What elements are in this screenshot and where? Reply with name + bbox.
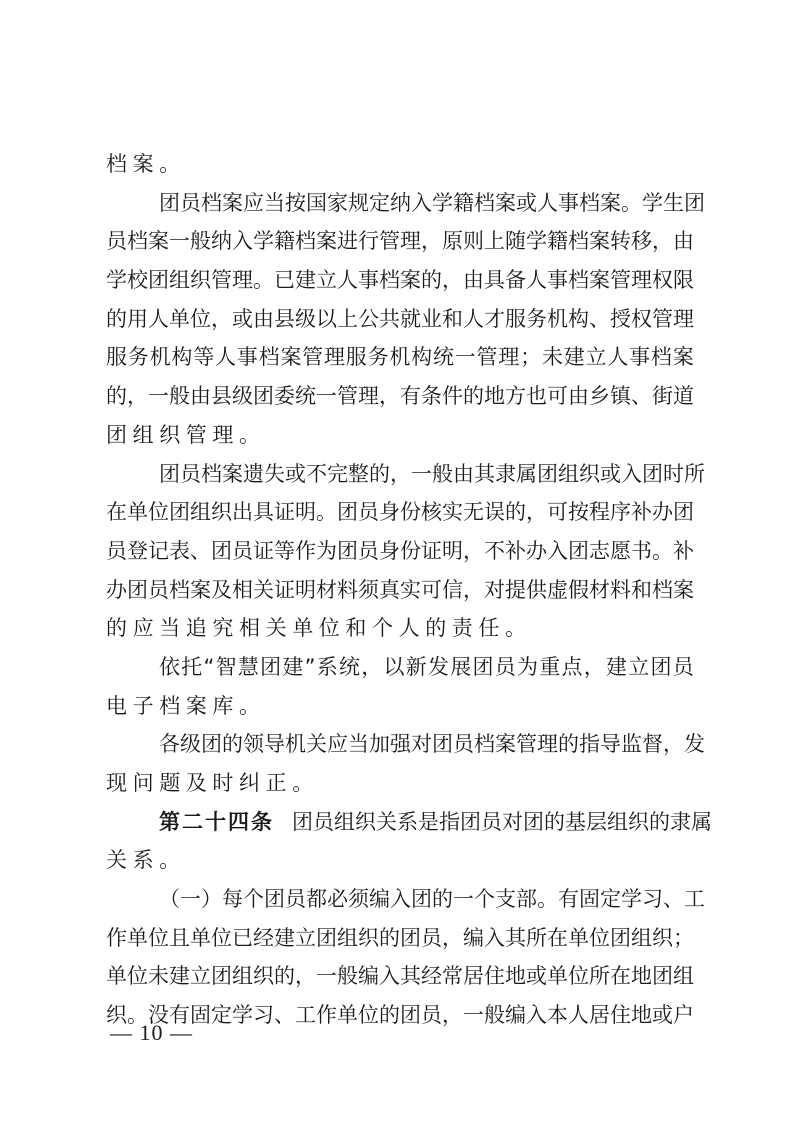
char: 员 bbox=[180, 184, 201, 223]
char: 入 bbox=[526, 996, 547, 1035]
char: 的 bbox=[505, 493, 526, 532]
char: 按 bbox=[285, 184, 306, 223]
char: 强 bbox=[390, 725, 411, 764]
char: 固 bbox=[190, 996, 211, 1035]
char: 理 bbox=[232, 261, 253, 300]
char: 学 bbox=[232, 996, 253, 1035]
char: 般 bbox=[337, 957, 358, 996]
char: 生 bbox=[663, 184, 684, 223]
char: 工 bbox=[684, 880, 705, 919]
char: 对 bbox=[502, 803, 523, 842]
char: 按 bbox=[568, 493, 589, 532]
char: 程 bbox=[589, 493, 610, 532]
text-line: 学校团组织管理。已建立人事档案的，由具备人事档案管理权限 bbox=[106, 261, 694, 300]
char: 员 bbox=[358, 532, 379, 571]
char: ， bbox=[295, 957, 316, 996]
char: 可 bbox=[421, 571, 442, 610]
char: 织 bbox=[211, 493, 232, 532]
char: 单 bbox=[547, 957, 568, 996]
char: 点 bbox=[562, 648, 583, 687]
char: 档 bbox=[568, 261, 589, 300]
char: 机 bbox=[389, 338, 410, 377]
char: 道 bbox=[673, 377, 694, 416]
char: 案 bbox=[600, 184, 621, 223]
char: ， bbox=[442, 996, 463, 1035]
char: 在 bbox=[106, 493, 127, 532]
char: 以 bbox=[384, 648, 405, 687]
char: 案 bbox=[222, 184, 243, 223]
char: 作 bbox=[316, 996, 337, 1035]
char: 定 bbox=[369, 184, 390, 223]
char: 具 bbox=[253, 493, 274, 532]
char: 信 bbox=[442, 571, 463, 610]
char: 案 bbox=[222, 455, 243, 494]
char: 团 bbox=[432, 725, 453, 764]
char: 校 bbox=[127, 261, 148, 300]
text-line: 服务机构等人事档案管理服务机构统一管理；未建立人事档案 bbox=[106, 338, 694, 377]
char: 籍 bbox=[547, 222, 568, 261]
char: 的 bbox=[463, 377, 484, 416]
char: 由 bbox=[253, 300, 274, 339]
char: 组 bbox=[673, 957, 694, 996]
char: 团 bbox=[537, 455, 558, 494]
char: 团 bbox=[253, 377, 274, 416]
char: 员 bbox=[421, 919, 442, 958]
text-line: 的应当追究相关单位和个人的责任。 bbox=[106, 609, 694, 648]
char: 位 bbox=[190, 300, 211, 339]
char: 或 bbox=[232, 300, 253, 339]
char: 办 bbox=[652, 493, 673, 532]
char: 及 bbox=[211, 571, 232, 610]
char: 档 bbox=[651, 338, 672, 377]
char: ， bbox=[390, 455, 411, 494]
char: 新 bbox=[406, 648, 427, 687]
char: ； bbox=[520, 338, 541, 377]
char: 系 bbox=[317, 648, 338, 687]
char: 其 bbox=[505, 919, 526, 958]
char: 乡 bbox=[589, 377, 610, 416]
char: 核 bbox=[421, 493, 442, 532]
char: 和 bbox=[442, 300, 463, 339]
char: 单 bbox=[169, 300, 190, 339]
char: 授 bbox=[610, 300, 631, 339]
char: 立 bbox=[295, 919, 316, 958]
char: 展 bbox=[450, 648, 471, 687]
char: 习 bbox=[642, 880, 663, 919]
char: 材 bbox=[589, 571, 610, 610]
text-line: 办团员档案及相关证明材料须真实可信，对提供虚假材料和档案 bbox=[106, 571, 694, 610]
char: 人 bbox=[607, 338, 628, 377]
char: 表 bbox=[169, 532, 190, 571]
char: 支 bbox=[495, 880, 516, 919]
char: 单 bbox=[127, 493, 148, 532]
char: 管 bbox=[337, 377, 358, 416]
char: 书 bbox=[631, 532, 652, 571]
char: 人 bbox=[148, 300, 169, 339]
char: 团 bbox=[169, 493, 190, 532]
char: 登 bbox=[127, 532, 148, 571]
char: 团 bbox=[260, 648, 281, 687]
char: 团 bbox=[159, 455, 180, 494]
char: 证 bbox=[421, 532, 442, 571]
char: 可 bbox=[547, 493, 568, 532]
char: 籍 bbox=[274, 222, 295, 261]
char: 、 bbox=[190, 532, 211, 571]
char: 由 bbox=[453, 455, 474, 494]
char: 入 bbox=[621, 455, 642, 494]
char: 籍 bbox=[453, 184, 474, 223]
char: 管 bbox=[652, 300, 673, 339]
article-line: 第二十四条团员组织关系是指团员对团的基层组织的隶属 bbox=[106, 803, 694, 842]
char: 原 bbox=[442, 222, 463, 261]
char: 员 bbox=[285, 880, 306, 919]
char: 、 bbox=[631, 377, 652, 416]
char: 也 bbox=[526, 377, 547, 416]
char: 的 bbox=[558, 725, 579, 764]
char: 份 bbox=[400, 493, 421, 532]
char: 组 bbox=[169, 261, 190, 300]
char: 机 bbox=[150, 338, 171, 377]
char: 愿 bbox=[610, 532, 631, 571]
char: 实 bbox=[442, 493, 463, 532]
char: 组 bbox=[337, 919, 358, 958]
char: ， bbox=[463, 532, 484, 571]
char: 或 bbox=[516, 184, 537, 223]
char: 定 bbox=[600, 880, 621, 919]
char: 织 bbox=[253, 957, 274, 996]
char: 建 bbox=[564, 338, 585, 377]
char: 、 bbox=[274, 996, 295, 1035]
char: 发 bbox=[684, 725, 705, 764]
char: 编 bbox=[505, 996, 526, 1035]
char: 团 bbox=[568, 532, 589, 571]
char: 员 bbox=[358, 493, 379, 532]
char: 学 bbox=[621, 880, 642, 919]
line-text: 现问题及时纠正。 bbox=[106, 771, 319, 795]
char: 单 bbox=[127, 919, 148, 958]
char: 已 bbox=[274, 261, 295, 300]
char: 编 bbox=[369, 880, 390, 919]
char: 各 bbox=[159, 725, 180, 764]
char: 。 bbox=[316, 493, 337, 532]
char: 。 bbox=[621, 184, 642, 223]
char: 团 bbox=[473, 648, 494, 687]
char: 入 bbox=[484, 919, 505, 958]
char: 机 bbox=[285, 725, 306, 764]
char: 和 bbox=[631, 571, 652, 610]
char: 位 bbox=[127, 957, 148, 996]
char: ” bbox=[305, 648, 316, 687]
char: 团 bbox=[201, 725, 222, 764]
char: 或 bbox=[600, 455, 621, 494]
char: 人 bbox=[568, 996, 589, 1035]
char: 员 bbox=[106, 222, 127, 261]
char: 志 bbox=[589, 532, 610, 571]
line-text: 的应当追究相关单位和个人的责任。 bbox=[106, 616, 532, 640]
char: 或 bbox=[285, 455, 306, 494]
char: 位 bbox=[568, 957, 589, 996]
char: 料 bbox=[610, 571, 631, 610]
char: 指 bbox=[439, 803, 460, 842]
char: 团 bbox=[411, 880, 432, 919]
char: 住 bbox=[610, 996, 631, 1035]
char: 明 bbox=[295, 493, 316, 532]
char: 慧 bbox=[238, 648, 259, 687]
char: 用 bbox=[127, 300, 148, 339]
char: 团 bbox=[148, 261, 169, 300]
line-text: 团组织管理。 bbox=[106, 423, 266, 447]
char: 的 bbox=[379, 996, 400, 1035]
char: 建 bbox=[274, 919, 295, 958]
char: 由 bbox=[463, 261, 484, 300]
char: 系 bbox=[397, 803, 418, 842]
char: 员 bbox=[453, 725, 474, 764]
char: ， bbox=[211, 300, 232, 339]
char: 关 bbox=[306, 725, 327, 764]
char: 补 bbox=[673, 532, 694, 571]
char: 组 bbox=[631, 919, 652, 958]
char: 不 bbox=[306, 455, 327, 494]
text-line: 团员档案遗失或不完整的，一般由其隶属团组织或入团时所 bbox=[106, 455, 694, 494]
text-line: 电子档案库。 bbox=[106, 687, 694, 726]
char: 人 bbox=[526, 261, 547, 300]
text-line: 团员档案应当按国家规定纳入学籍档案或人事档案。学生团 bbox=[106, 184, 694, 223]
char: 组 bbox=[190, 493, 211, 532]
char: 失 bbox=[264, 455, 285, 494]
char: 已 bbox=[232, 919, 253, 958]
char: 证 bbox=[274, 571, 295, 610]
char: 编 bbox=[463, 919, 484, 958]
text-line: 单位未建立团组织的，一般编入其经常居住地或单位所在地团组 bbox=[106, 957, 694, 996]
char: 理 bbox=[358, 377, 379, 416]
char: 重 bbox=[539, 648, 560, 687]
char: 理 bbox=[537, 725, 558, 764]
char: 明 bbox=[442, 532, 463, 571]
char: 级 bbox=[180, 725, 201, 764]
char: ） bbox=[201, 880, 222, 919]
char: 本 bbox=[547, 996, 568, 1035]
char: 一 bbox=[411, 455, 432, 494]
char: 基 bbox=[565, 803, 586, 842]
char: 所 bbox=[526, 919, 547, 958]
char: 档 bbox=[201, 184, 222, 223]
char: 管 bbox=[302, 338, 323, 377]
document-body: 档案。团员档案应当按国家规定纳入学籍档案或人事档案。学生团员档案一般纳入学籍档案… bbox=[106, 145, 694, 1035]
char: 才 bbox=[484, 300, 505, 339]
char: （ bbox=[159, 880, 180, 919]
char: 份 bbox=[400, 532, 421, 571]
char: 案 bbox=[190, 571, 211, 610]
article-heading: 第二十四条 bbox=[159, 803, 274, 842]
char: 组 bbox=[232, 957, 253, 996]
char: ， bbox=[361, 648, 382, 687]
char: 有 bbox=[400, 377, 421, 416]
char: 入 bbox=[390, 880, 411, 919]
char: 居 bbox=[589, 996, 610, 1035]
char: 经 bbox=[253, 919, 274, 958]
char: 一 bbox=[453, 880, 474, 919]
char: ， bbox=[442, 261, 463, 300]
char: ， bbox=[584, 648, 605, 687]
char: 人 bbox=[463, 300, 484, 339]
char: 未 bbox=[148, 957, 169, 996]
char: 完 bbox=[327, 455, 348, 494]
char: 位 bbox=[148, 493, 169, 532]
char: 团 bbox=[127, 571, 148, 610]
char: 学 bbox=[526, 222, 547, 261]
char: 。 bbox=[253, 261, 274, 300]
line-text: 关系。 bbox=[106, 848, 186, 872]
char: 公 bbox=[358, 300, 379, 339]
char: 督 bbox=[642, 725, 663, 764]
char: 镇 bbox=[610, 377, 631, 416]
char: 般 bbox=[190, 222, 211, 261]
char: 料 bbox=[337, 571, 358, 610]
char: 每 bbox=[222, 880, 243, 919]
char: 入 bbox=[379, 957, 400, 996]
char: 移 bbox=[631, 222, 652, 261]
char: 其 bbox=[400, 957, 421, 996]
text-line: 的用人单位，或由县级以上公共就业和人才服务机构、授权管理 bbox=[106, 300, 694, 339]
char: 案 bbox=[495, 184, 516, 223]
char: 人 bbox=[337, 261, 358, 300]
char: 般 bbox=[169, 377, 190, 416]
char: 团 bbox=[684, 184, 705, 223]
char: 供 bbox=[526, 571, 547, 610]
text-line: 织。没有固定学习、工作单位的团员，一般编入本人居住地或户 bbox=[106, 996, 694, 1035]
char: 智 bbox=[216, 648, 237, 687]
char: 街 bbox=[652, 377, 673, 416]
char: ， bbox=[421, 222, 442, 261]
char: 团 bbox=[316, 919, 337, 958]
char: 身 bbox=[379, 493, 400, 532]
text-line: 团组织管理。 bbox=[106, 416, 694, 455]
char: 出 bbox=[232, 493, 253, 532]
char: 共 bbox=[379, 300, 400, 339]
char: 单 bbox=[190, 919, 211, 958]
char: 团 bbox=[673, 493, 694, 532]
char: 团 bbox=[159, 184, 180, 223]
char: 的 bbox=[274, 957, 295, 996]
text-line: 的，一般由县级团委统一管理，有条件的地方也可由乡镇、街道 bbox=[106, 377, 694, 416]
char: 依 bbox=[159, 648, 180, 687]
char: 作 bbox=[106, 919, 127, 958]
char: 等 bbox=[193, 338, 214, 377]
char: 的 bbox=[106, 377, 127, 416]
char: 定 bbox=[211, 996, 232, 1035]
char: 常 bbox=[442, 957, 463, 996]
char: 发 bbox=[428, 648, 449, 687]
char: 组 bbox=[334, 803, 355, 842]
char: 属 bbox=[516, 455, 537, 494]
char: 假 bbox=[568, 571, 589, 610]
char: 转 bbox=[610, 222, 631, 261]
char: 由 bbox=[673, 222, 694, 261]
char: 权 bbox=[652, 261, 673, 300]
char: 或 bbox=[526, 957, 547, 996]
char: 材 bbox=[316, 571, 337, 610]
char: 员 bbox=[106, 532, 127, 571]
char: 服 bbox=[346, 338, 367, 377]
char: 委 bbox=[274, 377, 295, 416]
char: 一 bbox=[169, 222, 190, 261]
char: 一 bbox=[316, 377, 337, 416]
char: 纳 bbox=[211, 222, 232, 261]
char: 案 bbox=[280, 338, 301, 377]
char: 无 bbox=[463, 493, 484, 532]
char: 身 bbox=[379, 532, 400, 571]
char: 位 bbox=[589, 919, 610, 958]
document-page: 档案。团员档案应当按国家规定纳入学籍档案或人事档案。学生团员档案一般纳入学籍档案… bbox=[0, 0, 793, 1123]
char: 员 bbox=[495, 648, 516, 687]
char: 误 bbox=[484, 493, 505, 532]
char: 指 bbox=[579, 725, 600, 764]
char: 机 bbox=[547, 300, 568, 339]
text-line: 关系。 bbox=[106, 841, 694, 880]
char: 编 bbox=[358, 957, 379, 996]
char: 所 bbox=[684, 455, 705, 494]
char: 地 bbox=[631, 996, 652, 1035]
char: 须 bbox=[348, 880, 369, 919]
char: 一 bbox=[148, 377, 169, 416]
char: 当 bbox=[264, 184, 285, 223]
char: 建 bbox=[295, 261, 316, 300]
char: 须 bbox=[358, 571, 379, 610]
char: 有 bbox=[558, 880, 579, 919]
char: 件 bbox=[442, 377, 463, 416]
char: ， bbox=[652, 222, 673, 261]
char: 员 bbox=[232, 532, 253, 571]
char: 档 bbox=[474, 725, 495, 764]
char: 。 bbox=[537, 880, 558, 919]
char: 条 bbox=[421, 377, 442, 416]
char: 统 bbox=[339, 648, 360, 687]
char: 团 bbox=[400, 996, 421, 1035]
char: 一 bbox=[180, 880, 201, 919]
char: 档 bbox=[127, 222, 148, 261]
char: 管 bbox=[211, 261, 232, 300]
char: 事 bbox=[237, 338, 258, 377]
char: 个 bbox=[243, 880, 264, 919]
char: 理 bbox=[324, 338, 345, 377]
char: 真 bbox=[379, 571, 400, 610]
text-line: 档案。 bbox=[106, 145, 694, 184]
text-line: （一）每个团员都必须编入团的一个支部。有固定学习、工 bbox=[106, 880, 694, 919]
char: 遗 bbox=[243, 455, 264, 494]
char: 隶 bbox=[495, 455, 516, 494]
text-line: 依托“智慧团建”系统，以新发展团员为重点，建立团员 bbox=[106, 648, 694, 687]
char: 的 bbox=[369, 455, 390, 494]
char: 事 bbox=[358, 261, 379, 300]
char: 规 bbox=[348, 184, 369, 223]
char: 案 bbox=[316, 222, 337, 261]
char: 可 bbox=[547, 377, 568, 416]
char: 案 bbox=[589, 222, 610, 261]
char: 学 bbox=[106, 261, 127, 300]
char: 理 bbox=[498, 338, 519, 377]
char: 必 bbox=[327, 880, 348, 919]
char: 入 bbox=[411, 184, 432, 223]
char: 提 bbox=[505, 571, 526, 610]
char: 组 bbox=[607, 803, 628, 842]
char: 档 bbox=[568, 222, 589, 261]
char: 事 bbox=[547, 261, 568, 300]
char: 学 bbox=[642, 184, 663, 223]
char: 住 bbox=[484, 957, 505, 996]
char: 序 bbox=[610, 493, 631, 532]
char: “ bbox=[204, 648, 215, 687]
char: 案 bbox=[148, 222, 169, 261]
